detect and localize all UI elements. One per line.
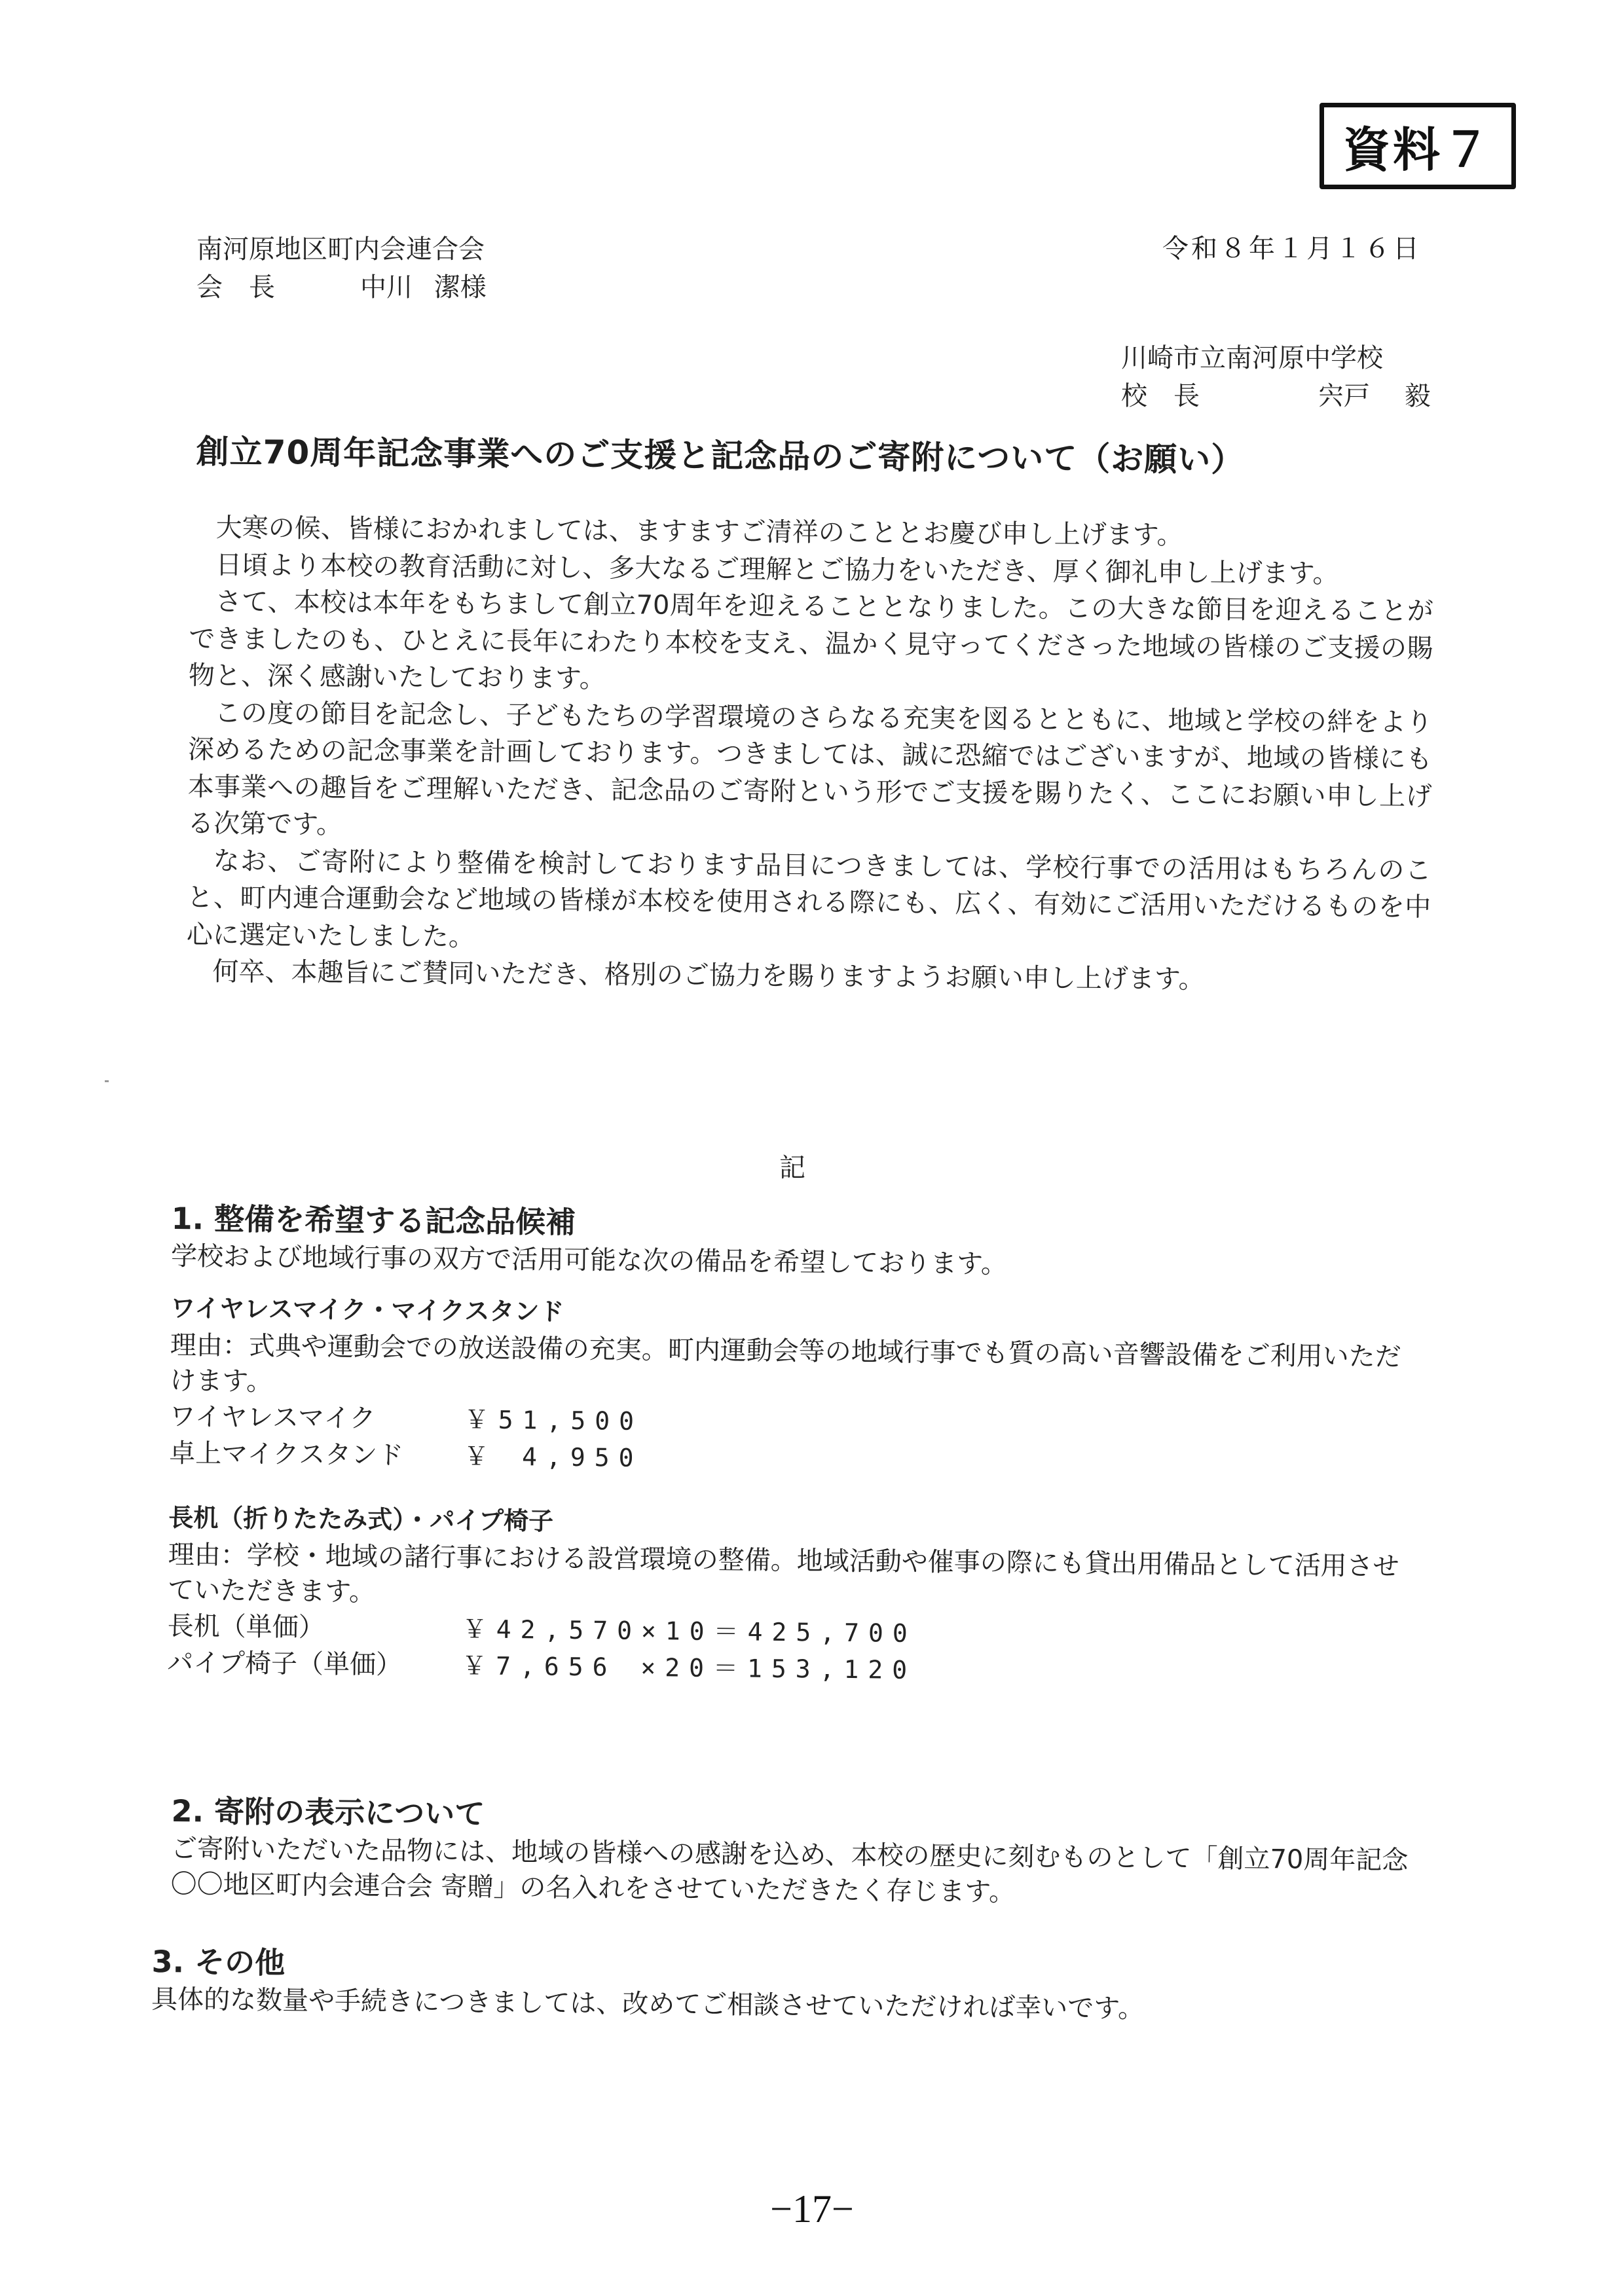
letter-body: 大寒の候、皆様におかれましては、ますますご清祥のこととお慶び申し上げます。 日頃… <box>186 509 1434 1000</box>
addressee-block: 南河原地区町内会連合会 会長 中川 潔様 <box>196 230 487 306</box>
price-item-name: 卓上マイクスタンド <box>169 1435 464 1474</box>
document-label-box: 資料７ <box>1319 103 1516 189</box>
price-item-value: ￥ 4,950 <box>464 1438 643 1476</box>
section-2-text: ご寄附いただいた品物には、地域の皆様への感謝を込め、本校の歴史に刻むものとして「… <box>170 1831 1415 1914</box>
price-item-name: 長机（単価） <box>167 1608 462 1647</box>
scan-speck <box>105 1080 109 1082</box>
body-paragraph: なお、ご寄附により整備を検討しております品目につきましては、学校行事での活用はも… <box>187 842 1431 962</box>
price-item-value: ￥42,570×10＝425,700 <box>462 1611 917 1652</box>
sender-organization: 川崎市立南河原中学校 <box>1121 339 1431 377</box>
item-2-reason: 理由：学校・地域の諸行事における設営環境の整備。地域活動や催事の際にも貸出用備品… <box>168 1537 1412 1620</box>
body-paragraph: さて、本校は本年をもちまして創立70周年を迎えることとなりました。この大きな節目… <box>189 583 1433 704</box>
price-item-name: ワイヤレスマイク <box>170 1398 465 1438</box>
document-date: 令和８年１月１６日 <box>1162 228 1422 265</box>
addressee-organization: 南河原地区町内会連合会 <box>196 230 487 268</box>
sender-role: 校長 <box>1121 377 1291 415</box>
ki-marker: 記 <box>779 1147 805 1184</box>
document-title: 創立70周年記念事業へのご支援と記念品のご寄附について（お願い） <box>196 426 1441 483</box>
section-3: 3. その他 具体的な数量や手続きにつきましては、改めてご相談させていただければ… <box>151 1941 1396 2029</box>
item-1-reason: 理由：式典や運動会での放送設備の充実。町内運動会等の地域行事でも質の高い音響設備… <box>170 1328 1414 1410</box>
section-1: 1. 整備を希望する記念品候補 学校および地域行事の双方で活用可能な次の備品を希… <box>167 1198 1416 1693</box>
price-item-value: ￥7,656 ×20＝153,120 <box>462 1647 917 1688</box>
price-item-name: パイプ椅子（単価） <box>167 1645 462 1684</box>
page-number: −17− <box>0 2187 1624 2232</box>
sender-name: 宍戸 毅 <box>1318 377 1431 415</box>
body-paragraph: この度の節目を記念し、子どもたちの学習環境のさらなる充実を図るとともに、地域と学… <box>187 694 1433 852</box>
price-item-value: ￥51,500 <box>464 1401 644 1440</box>
addressee-name: 中川 潔様 <box>360 268 487 306</box>
document-label: 資料７ <box>1343 112 1492 180</box>
section-2: 2. 寄附の表示について ご寄附いただいた品物には、地域の皆様への感謝を込め、本… <box>170 1791 1416 1914</box>
addressee-role: 会長 <box>196 268 360 306</box>
sender-block: 川崎市立南河原中学校 校長 宍戸 毅 <box>1121 339 1431 415</box>
